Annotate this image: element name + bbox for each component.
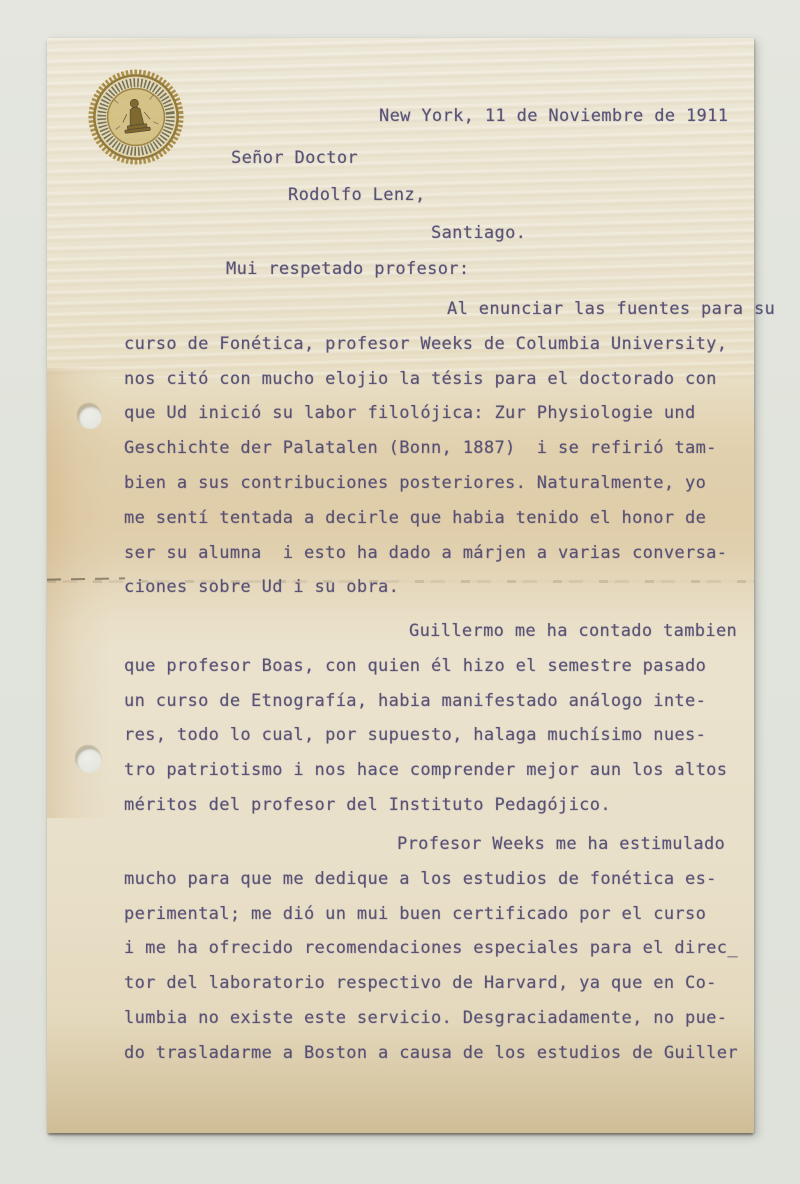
- letter-line: ciones sobre Ud i su obra.: [124, 570, 769, 605]
- letter-line: tro patriotismo i nos hace comprender me…: [124, 753, 769, 788]
- punch-hole-bottom: [76, 747, 102, 773]
- recipient-title: Señor Doctor: [231, 148, 358, 168]
- letter-line: i me ha ofrecido recomendaciones especia…: [124, 931, 769, 966]
- letter-line: bien a sus contribuciones posteriores. N…: [124, 466, 769, 501]
- letter-line: Geschichte der Palatalen (Bonn, 1887) i …: [124, 431, 769, 466]
- university-seal-icon: [81, 62, 190, 171]
- letter-line: do trasladarme a Boston a causa de los e…: [124, 1036, 769, 1071]
- punch-hole-top: [78, 405, 102, 429]
- recipient-city: Santiago.: [431, 223, 526, 243]
- letter-line: perimental; me dió un mui buen certifica…: [124, 897, 769, 932]
- letter-line: nos citó con mucho elojio la tésis para …: [124, 362, 769, 397]
- letter-line: méritos del profesor del Instituto Pedag…: [124, 788, 769, 823]
- letter-dateline: New York, 11 de Noviembre de 1911: [379, 106, 728, 126]
- letter-line: Guillermo me ha contado tambien: [124, 614, 769, 649]
- letter-line: que profesor Boas, con quien él hizo el …: [124, 649, 769, 684]
- letter-line: lumbia no existe este servicio. Desgraci…: [124, 1001, 769, 1036]
- letter-line: me sentí tentada a decirle que habia ten…: [124, 501, 769, 536]
- recipient-name: Rodolfo Lenz,: [288, 185, 426, 205]
- letter-line: Profesor Weeks me ha estimulado: [124, 827, 769, 862]
- letter-line: tor del laboratorio respectivo de Harvar…: [124, 966, 769, 1001]
- paragraph: Profesor Weeks me ha estimuladomucho par…: [124, 827, 769, 1071]
- paragraph: Guillermo me ha contado tambienque profe…: [124, 614, 769, 823]
- letter-paper-sheet: New York, 11 de Noviembre de 1911 Señor …: [47, 38, 754, 1133]
- scanned-letter-page: New York, 11 de Noviembre de 1911 Señor …: [0, 0, 800, 1184]
- letter-line: ser su alumna i esto ha dado a márjen a …: [124, 536, 769, 571]
- letter-line: mucho para que me dedique a los estudios…: [124, 862, 769, 897]
- letter-salutation: Mui respetado profesor:: [226, 259, 469, 279]
- fold-crease-marks: [47, 577, 125, 580]
- letter-line: un curso de Etnografía, habia manifestad…: [124, 684, 769, 719]
- letter-line: Al enunciar las fuentes para su: [124, 292, 769, 327]
- letter-line: curso de Fonética, profesor Weeks de Col…: [124, 327, 769, 362]
- letter-line: res, todo lo cual, por supuesto, halaga …: [124, 718, 769, 753]
- letter-line: que Ud inició su labor filolójica: Zur P…: [124, 396, 769, 431]
- paragraph: Al enunciar las fuentes para sucurso de …: [124, 292, 769, 605]
